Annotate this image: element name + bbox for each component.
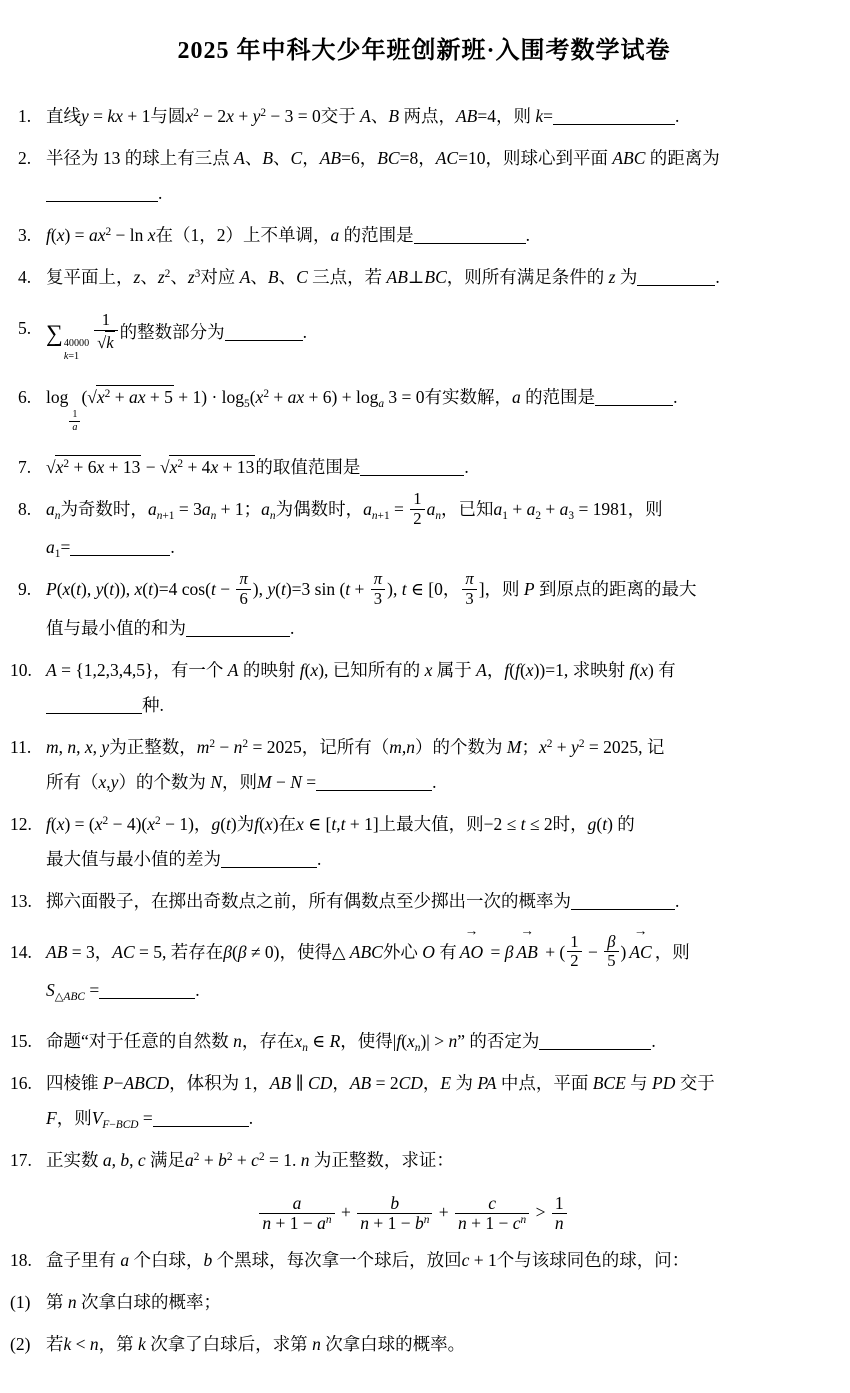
question-body: log1a(√x2 + ax + 5 + 1) · log5(x2 + ax +…: [46, 380, 840, 434]
answer-blank: [539, 1031, 651, 1050]
question-body: 盒子里有 a 个白球，b 个黑球，每次拿一个球后，放回c + 1个与该球同色的球…: [46, 1243, 840, 1278]
question-number: 12.: [8, 807, 46, 842]
answer-blank: [153, 1108, 249, 1127]
question-number: 7.: [8, 450, 46, 485]
question-row: 17. 正实数 a, b, c 满足a2 + b2 + c2 = 1. n 为正…: [8, 1143, 840, 1236]
question-body: 半径为 13 的球上有三点 A、B、C，AB=6，BC=8，AC=10，则球心到…: [46, 141, 840, 211]
question-number: 1.: [8, 99, 46, 134]
question-body: m, n, x, y为正整数，m2 − n2 = 2025，记所有（m,n）的个…: [46, 730, 840, 800]
question-body: f(x) = (x2 − 4)(x2 − 1)，g(t)为f(x)在x ∈ [t…: [46, 807, 840, 877]
question-number: 2.: [8, 141, 46, 176]
answer-blank: [571, 891, 675, 910]
answer-blank: [637, 268, 715, 287]
question-row: 1. 直线y = kx + 1与圆x2 − 2x + y2 − 3 = 0交于 …: [8, 99, 840, 134]
question-row: 7. √x2 + 6x + 13 − √x2 + 4x + 13的取值范围是.: [8, 450, 840, 485]
question-number: 10.: [8, 653, 46, 688]
answer-blank: [70, 538, 170, 557]
question-number: 16.: [8, 1066, 46, 1101]
question-body: 直线y = kx + 1与圆x2 − 2x + y2 − 3 = 0交于 A、B…: [46, 99, 840, 134]
answer-blank: [186, 618, 290, 637]
answer-blank: [595, 387, 673, 406]
answer-blank: [225, 323, 303, 342]
question-number: 3.: [8, 218, 46, 253]
question-row: 8. an为奇数时，an+1 = 3an + 1；an为偶数时，an+1 = 1…: [8, 492, 840, 565]
question-row: (1) 第 n 次拿白球的概率；: [8, 1285, 840, 1320]
question-body: 复平面上，z、z2、z3对应 A、B、C 三点，若 AB⊥BC，则所有满足条件的…: [46, 260, 840, 295]
question-body: 若k < n，第 k 次拿了白球后，求第 n 次拿白球的概率。: [46, 1327, 840, 1362]
answer-blank: [414, 226, 526, 245]
answer-blank: [99, 980, 195, 999]
question-number: 6.: [8, 380, 46, 415]
question-body: 正实数 a, b, c 满足a2 + b2 + c2 = 1. n 为正整数，求…: [46, 1143, 840, 1236]
question-row: 18. 盒子里有 a 个白球，b 个黑球，每次拿一个球后，放回c + 1个与该球…: [8, 1243, 840, 1278]
question-number: 18.: [8, 1243, 46, 1278]
answer-blank: [46, 184, 158, 203]
question-number: 11.: [8, 730, 46, 765]
question-number: 14.: [8, 935, 46, 970]
answer-blank: [553, 107, 675, 126]
question-row: (2) 若k < n，第 k 次拿了白球后，求第 n 次拿白球的概率。: [8, 1327, 840, 1362]
question-number: (2): [8, 1327, 46, 1362]
answer-blank: [46, 695, 142, 714]
question-row: 10. A = {1,2,3,4,5}，有一个 A 的映射 f(x), 已知所有…: [8, 653, 840, 723]
question-number: 5.: [8, 311, 46, 346]
question-number: (1): [8, 1285, 46, 1320]
answer-blank: [316, 772, 432, 791]
question-row: 3. f(x) = ax2 − ln x在（1，2）上不单调，a 的范围是.: [8, 218, 840, 253]
question-number: 15.: [8, 1024, 46, 1059]
question-number: 17.: [8, 1143, 46, 1178]
question-row: 11. m, n, x, y为正整数，m2 − n2 = 2025，记所有（m,…: [8, 730, 840, 800]
question-body: A = {1,2,3,4,5}，有一个 A 的映射 f(x), 已知所有的 x …: [46, 653, 840, 723]
answer-blank: [360, 458, 464, 477]
exam-paper: 2025 年中科大少年班创新班·入围考数学试卷 1. 直线y = kx + 1与…: [0, 0, 850, 1393]
question-list: 1. 直线y = kx + 1与圆x2 − 2x + y2 − 3 = 0交于 …: [8, 99, 840, 1362]
question-body: ∑40000k=11√k的整数部分为.: [46, 311, 840, 364]
page-title: 2025 年中科大少年班创新班·入围考数学试卷: [8, 30, 840, 65]
question-body: P(x(t), y(t)), x(t)=4 cos(t − π6), y(t)=…: [46, 572, 840, 645]
question-row: 16. 四棱锥 P−ABCD，体积为 1，AB ∥ CD，AB = 2CD，E …: [8, 1066, 840, 1136]
question-number: 8.: [8, 492, 46, 527]
question-body: AB = 3，AC = 5, 若存在β(β ≠ 0)，使得△ ABC外心 O 有…: [46, 935, 840, 1008]
question-body: 掷六面骰子，在掷出奇数点之前，所有偶数点至少掷出一次的概率为.: [46, 884, 840, 919]
question-body: √x2 + 6x + 13 − √x2 + 4x + 13的取值范围是.: [46, 450, 840, 485]
question-row: 15. 命题“对于任意的自然数 n，存在xn ∈ R，使得|f(xn)| > n…: [8, 1024, 840, 1059]
question-number: 13.: [8, 884, 46, 919]
question-row: 6. log1a(√x2 + ax + 5 + 1) · log5(x2 + a…: [8, 380, 840, 434]
question-body: 第 n 次拿白球的概率；: [46, 1285, 840, 1320]
question-body: 命题“对于任意的自然数 n，存在xn ∈ R，使得|f(xn)| > n” 的否…: [46, 1024, 840, 1059]
question-body: f(x) = ax2 − ln x在（1，2）上不单调，a 的范围是.: [46, 218, 840, 253]
question-row: 13. 掷六面骰子，在掷出奇数点之前，所有偶数点至少掷出一次的概率为.: [8, 884, 840, 919]
question-body: 四棱锥 P−ABCD，体积为 1，AB ∥ CD，AB = 2CD，E 为 PA…: [46, 1066, 840, 1136]
question-row: 9. P(x(t), y(t)), x(t)=4 cos(t − π6), y(…: [8, 572, 840, 645]
question-row: 2. 半径为 13 的球上有三点 A、B、C，AB=6，BC=8，AC=10，则…: [8, 141, 840, 211]
answer-blank: [221, 849, 317, 868]
question-row: 5. ∑40000k=11√k的整数部分为.: [8, 311, 840, 364]
question-row: 12. f(x) = (x2 − 4)(x2 − 1)，g(t)为f(x)在x …: [8, 807, 840, 877]
question-number: 9.: [8, 572, 46, 607]
question-number: 4.: [8, 260, 46, 295]
question-row: 14. AB = 3，AC = 5, 若存在β(β ≠ 0)，使得△ ABC外心…: [8, 935, 840, 1008]
question-body: an为奇数时，an+1 = 3an + 1；an为偶数时，an+1 = 12an…: [46, 492, 840, 565]
question-row: 4. 复平面上，z、z2、z3对应 A、B、C 三点，若 AB⊥BC，则所有满足…: [8, 260, 840, 295]
